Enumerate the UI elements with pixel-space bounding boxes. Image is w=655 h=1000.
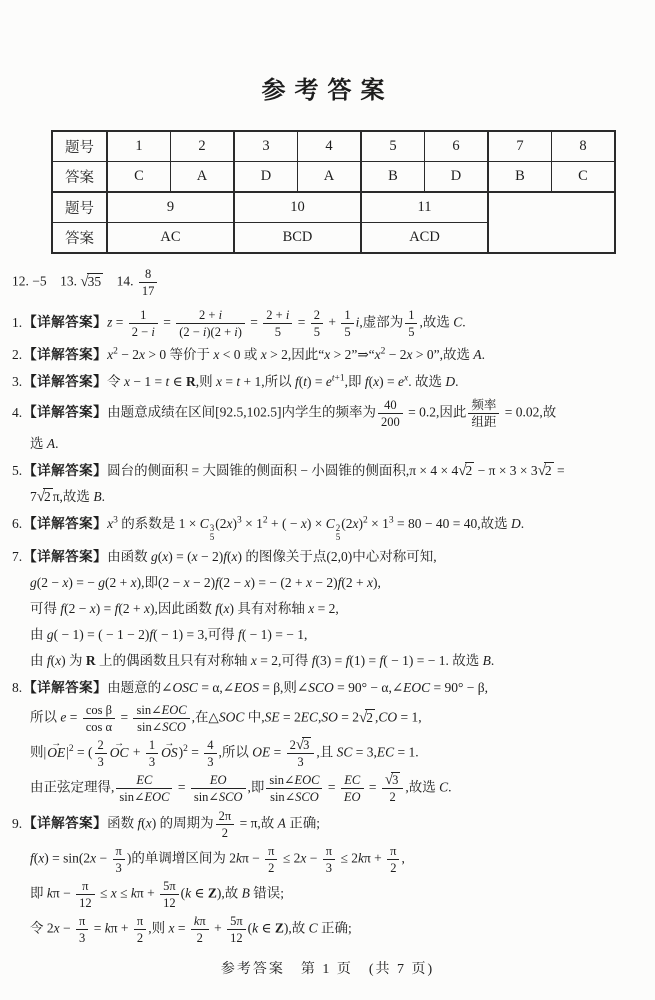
fraction: 5π12: [227, 913, 246, 946]
solution-number: 5.: [12, 463, 22, 478]
answer-cell: 4: [298, 131, 362, 162]
solution-line: 选 A.: [30, 432, 645, 456]
solution-label: 【详解答案】: [23, 816, 107, 831]
solution-line: 4.【详解答案】由题意成绩在区间[92.5,102.5]内学生的频率为40200…: [12, 397, 645, 430]
vector: OS: [161, 741, 178, 765]
answer-cell: D: [425, 162, 489, 193]
table-row-header: 答案: [52, 223, 107, 254]
solution-label: 【详解答案】: [23, 315, 107, 330]
fraction: 5π12: [160, 878, 179, 911]
fraction: π3: [76, 913, 88, 946]
solution-line: f(x) = sin(2x − π3)的单调增区间为 2kπ − π2 ≤ 2x…: [30, 843, 645, 876]
answer-cell: C: [107, 162, 171, 193]
table-row: 题号91011: [52, 192, 615, 223]
answer-cell: A: [298, 162, 362, 193]
answer-cell: 9: [107, 192, 234, 223]
fraction: π2: [134, 913, 146, 946]
solution-label: 【详解答案】: [23, 405, 107, 420]
radical: √2: [37, 485, 53, 509]
solution-item: 9.【详解答案】函数 f(x) 的周期为2π2 = π,故 A 正确;f(x) …: [12, 808, 645, 946]
answer-cell: 3: [234, 131, 298, 162]
answer-cell: 6: [425, 131, 489, 162]
answer-cell: 11: [361, 192, 488, 223]
solution-line: 8.【详解答案】由题意的∠OSC = α,∠EOS = β,则∠SCO = 90…: [12, 676, 645, 700]
fraction: 15: [341, 307, 353, 340]
solution-line: 即 kπ − π12 ≤ x ≤ kπ + 5π12(k ∈ Z),故 B 错误…: [30, 878, 645, 911]
document-page: 参考答案 题号12345678答案CADABDBC题号91011答案ACBCDA…: [0, 0, 655, 1000]
binomial-indices: 35: [210, 524, 215, 542]
solution-item: 5.【详解答案】圆台的侧面积 = 大圆锥的侧面积 − 小圆锥的侧面积,π × 4…: [12, 459, 645, 509]
bold-set-symbol: Z: [208, 886, 217, 901]
solution-line: 由 f(x) 为 R 上的偶函数且只有对称轴 x = 2,可得 f(3) = f…: [30, 649, 645, 673]
solution-line: 7.【详解答案】由函数 g(x) = (x − 2)f(x) 的图像关于点(2,…: [12, 545, 645, 569]
fraction: 2√33: [287, 737, 315, 770]
solution-label: 【详解答案】: [23, 516, 107, 531]
binomial-indices: 25: [336, 524, 341, 542]
fraction: 12 − i: [129, 307, 158, 340]
solution-label: 【详解答案】: [23, 347, 107, 362]
fill-in-answers: 12. −5 13. √35 14. 817: [12, 266, 645, 299]
solution-item: 3.【详解答案】令 x − 1 = t ∈ R,则 x = t + 1,所以 f…: [12, 370, 645, 394]
solution-line: 9.【详解答案】函数 f(x) 的周期为2π2 = π,故 A 正确;: [12, 808, 645, 841]
fraction: 25: [311, 307, 323, 340]
answer-cell: [488, 192, 615, 253]
solutions: 1.【详解答案】z = 12 − i = 2 + i(2 − i)(2 + i)…: [12, 307, 645, 946]
solution-line: 令 2x − π3 = kπ + π2,则 x = kπ2 + 5π12(k ∈…: [30, 913, 645, 946]
answer-cell: B: [361, 162, 425, 193]
fraction: 频率组距: [468, 397, 499, 430]
fraction: 15: [405, 307, 417, 340]
fraction: sin∠EOCsin∠SCO: [266, 772, 322, 805]
solution-line: 2.【详解答案】x2 − 2x > 0 等价于 x < 0 或 x > 2,因此…: [12, 343, 645, 367]
bold-set-symbol: R: [86, 653, 96, 668]
fraction: π12: [76, 878, 95, 911]
solution-number: 7.: [12, 549, 22, 564]
fraction: π2: [265, 843, 277, 876]
table-row: 题号12345678: [52, 131, 615, 162]
answer-cell: 1: [107, 131, 171, 162]
radical: √3: [385, 772, 400, 788]
radical: √2: [538, 459, 554, 483]
solution-line: 所以 e = cos βcos α = sin∠EOCsin∠SCO,在△SOC…: [30, 702, 645, 735]
answer-cell: B: [488, 162, 552, 193]
fraction: 2 + i5: [263, 307, 292, 340]
answer-cell: BCD: [234, 223, 361, 254]
answer-cell: 5: [361, 131, 425, 162]
answer-cell: AC: [107, 223, 234, 254]
fraction: π2: [387, 843, 399, 876]
solution-item: 7.【详解答案】由函数 g(x) = (x − 2)f(x) 的图像关于点(2,…: [12, 545, 645, 673]
solution-label: 【详解答案】: [23, 549, 107, 564]
solution-number: 9.: [12, 816, 22, 831]
answer-cell: 10: [234, 192, 361, 223]
radical: √2: [359, 706, 375, 730]
bold-set-symbol: Z: [275, 921, 284, 936]
answer-cell: 8: [552, 131, 616, 162]
table-row-header: 题号: [52, 131, 107, 162]
answer-cell: 2: [171, 131, 235, 162]
answer-cell: A: [171, 162, 235, 193]
solution-number: 1.: [12, 315, 22, 330]
solution-number: 3.: [12, 374, 22, 389]
solution-item: 4.【详解答案】由题意成绩在区间[92.5,102.5]内学生的频率为40200…: [12, 397, 645, 456]
solution-line: 3.【详解答案】令 x − 1 = t ∈ R,则 x = t + 1,所以 f…: [12, 370, 645, 394]
fraction: sin∠EOCsin∠SCO: [133, 702, 189, 735]
fraction: ECEO: [341, 772, 364, 805]
vector: OC: [110, 741, 129, 765]
answer-cell: D: [234, 162, 298, 193]
solution-number: 6.: [12, 516, 22, 531]
solutions-content: 12. −5 13. √35 14. 817 1.【详解答案】z = 12 − …: [12, 266, 645, 946]
fraction: kπ2: [191, 913, 209, 946]
solution-item: 1.【详解答案】z = 12 − i = 2 + i(2 − i)(2 + i)…: [12, 307, 645, 340]
fraction: √32: [382, 772, 403, 805]
table-row: 答案CADABDBC: [52, 162, 615, 193]
fraction: π3: [323, 843, 335, 876]
solution-item: 2.【详解答案】x2 − 2x > 0 等价于 x < 0 或 x > 2,因此…: [12, 343, 645, 367]
bold-set-symbol: R: [186, 374, 196, 389]
solution-line: 可得 f(2 − x) = f(2 + x),因此函数 f(x) 具有对称轴 x…: [30, 597, 645, 621]
fraction: 13: [146, 737, 158, 770]
fraction: 23: [95, 737, 107, 770]
fraction: 43: [204, 737, 216, 770]
solution-number: 8.: [12, 680, 22, 695]
fraction: cos βcos α: [83, 702, 115, 735]
solution-label: 【详解答案】: [23, 680, 107, 695]
fraction: 2π2: [216, 808, 235, 841]
answer-table: 题号12345678答案CADABDBC题号91011答案ACBCDACD: [51, 130, 616, 254]
radical: √35: [80, 270, 103, 294]
solution-line: 7√2π,故选 B.: [30, 485, 645, 509]
solution-line: 由正弦定理得,ECsin∠EOC = EOsin∠SCO,即sin∠EOCsin…: [30, 772, 645, 805]
solution-number: 4.: [12, 405, 22, 420]
table-row-header: 题号: [52, 192, 107, 223]
page-title: 参考答案: [0, 0, 655, 105]
answer-cell: ACD: [361, 223, 488, 254]
solution-label: 【详解答案】: [23, 374, 107, 389]
solution-number: 2.: [12, 347, 22, 362]
vector: OE: [47, 741, 65, 765]
table-row-header: 答案: [52, 162, 107, 193]
fraction: 817: [139, 266, 158, 299]
radical: √2: [458, 459, 474, 483]
fraction: π3: [113, 843, 125, 876]
solution-line: 1.【详解答案】z = 12 − i = 2 + i(2 − i)(2 + i)…: [12, 307, 645, 340]
fraction: ECsin∠EOC: [116, 772, 172, 805]
fraction: 40200: [378, 397, 403, 430]
solution-line: g(2 − x) = − g(2 + x),即(2 − x − 2)f(2 − …: [30, 571, 645, 595]
answer-cell: 7: [488, 131, 552, 162]
solution-line: 6.【详解答案】x3 的系数是 1 × C35(2x)3 × 12 + ( − …: [12, 512, 645, 542]
solution-line: 由 g( − 1) = ( − 1 − 2)f( − 1) = 3,可得 f( …: [30, 623, 645, 647]
solution-item: 8.【详解答案】由题意的∠OSC = α,∠EOS = β,则∠SCO = 90…: [12, 676, 645, 805]
solution-line: 则|OE|2 = (23OC + 13OS)2 = 43,所以 OE = 2√3…: [30, 737, 645, 770]
answer-cell: C: [552, 162, 616, 193]
solution-item: 6.【详解答案】x3 的系数是 1 × C35(2x)3 × 12 + ( − …: [12, 512, 645, 542]
solution-label: 【详解答案】: [23, 463, 107, 478]
radical: √3: [296, 737, 311, 753]
solution-line: 5.【详解答案】圆台的侧面积 = 大圆锥的侧面积 − 小圆锥的侧面积,π × 4…: [12, 459, 645, 483]
fraction: EOsin∠SCO: [191, 772, 246, 805]
fraction: 2 + i(2 − i)(2 + i): [176, 307, 245, 340]
answer-table-body: 题号12345678答案CADABDBC题号91011答案ACBCDACD: [52, 131, 615, 253]
page-footer: 参考答案 第 1 页 (共 7 页): [0, 958, 655, 978]
